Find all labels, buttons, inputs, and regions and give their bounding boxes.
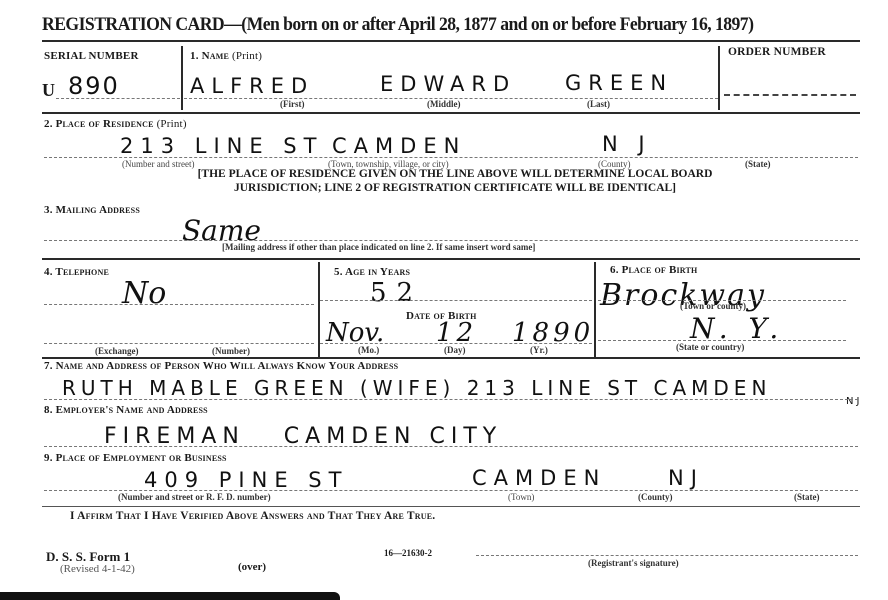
- divider: [718, 46, 720, 110]
- print-code: 16—21630-2: [384, 548, 432, 558]
- employment-street-sublabel: (Number and street or R. F. D. number): [118, 492, 271, 502]
- telephone-label: 4. Telephone: [44, 266, 109, 278]
- first-name-value[interactable]: ALFRED: [190, 74, 314, 98]
- signature-line[interactable]: [476, 555, 858, 556]
- employment-line: [44, 490, 858, 491]
- form-revised: (Revised 4-1-42): [60, 563, 135, 575]
- contact-person-overflow: NJ: [846, 396, 862, 407]
- order-number-line: [724, 94, 856, 96]
- affirmation-text: I Affirm That I Have Verified Above Answ…: [70, 510, 435, 522]
- contact-person-label: 7. Name and Address of Person Who Will A…: [44, 360, 398, 372]
- serial-number-value[interactable]: 890: [68, 72, 120, 100]
- name-label: 1. Name (Print): [190, 50, 262, 62]
- scan-edge-shadow: [0, 592, 340, 600]
- day-sublabel: (Day): [444, 345, 466, 355]
- year-sublabel: (Yr.): [530, 345, 548, 355]
- divider: [42, 112, 860, 114]
- contact-line: [44, 399, 858, 400]
- mailing-note: [Mailing address if other than place ind…: [222, 242, 535, 252]
- employment-state-sublabel: (State): [794, 492, 820, 502]
- month-sublabel: (Mo.): [358, 345, 379, 355]
- telephone-value[interactable]: No: [122, 276, 166, 311]
- divider: [42, 506, 860, 507]
- number-sublabel: (Number): [212, 346, 250, 356]
- telephone-line-2: [44, 343, 314, 344]
- over-note: (over): [238, 561, 266, 573]
- dob-line: [320, 343, 592, 344]
- residence-notice: [THE PLACE OF RESIDENCE GIVEN ON THE LIN…: [60, 167, 850, 195]
- employer-label: 8. Employer's Name and Address: [44, 404, 208, 416]
- residence-line: [44, 157, 858, 158]
- signature-sublabel: (Registrant's signature): [588, 558, 679, 568]
- birthplace-line-2: [598, 340, 846, 341]
- divider: [594, 262, 596, 358]
- telephone-line-1: [44, 304, 314, 305]
- mailing-line: [44, 240, 858, 241]
- order-number-label: ORDER NUMBER: [728, 46, 826, 58]
- divider: [42, 40, 860, 42]
- middle-name-value[interactable]: EDWARD: [380, 72, 516, 96]
- employment-street-value[interactable]: 409 PINE ST: [144, 468, 348, 492]
- divider: [42, 357, 860, 359]
- exchange-sublabel: (Exchange): [95, 346, 139, 356]
- employer-line: [44, 446, 858, 447]
- card-title: REGISTRATION CARD—(Men born on or after …: [42, 14, 753, 36]
- contact-person-value[interactable]: RUTH MABLE GREEN (WIFE) 213 LINE ST CAMD…: [62, 376, 771, 400]
- residence-street-value[interactable]: 213 LINE ST: [120, 134, 323, 158]
- mailing-address-label: 3. Mailing Address: [44, 204, 140, 216]
- middle-sublabel: (Middle): [427, 99, 461, 109]
- birthplace-town-sublabel: (Town or county): [680, 301, 746, 311]
- last-name-value[interactable]: GREEN: [565, 71, 673, 95]
- age-value[interactable]: 52: [370, 278, 423, 308]
- employment-town-sublabel: (Town): [508, 492, 534, 502]
- birthplace-label: 6. Place of Birth: [610, 264, 697, 276]
- last-sublabel: (Last): [587, 99, 610, 109]
- divider: [42, 258, 860, 260]
- residence-label: 2. Place of Residence (Print): [44, 118, 187, 130]
- residence-county-value[interactable]: N J: [602, 132, 652, 156]
- serial-number-label: SERIAL NUMBER: [44, 50, 139, 62]
- first-sublabel: (First): [280, 99, 305, 109]
- employment-county-sublabel: (County): [638, 492, 673, 502]
- residence-town-value[interactable]: CAMDEN: [332, 134, 466, 158]
- employment-town-value[interactable]: CAMDEN: [472, 466, 606, 490]
- serial-prefix: U: [42, 80, 55, 101]
- age-label: 5. Age in Years: [334, 266, 410, 278]
- divider: [181, 46, 183, 110]
- age-line: [320, 300, 592, 301]
- birthplace-state-sublabel: (State or country): [676, 342, 744, 352]
- employment-state-value[interactable]: NJ: [668, 466, 704, 490]
- employment-place-label: 9. Place of Employment or Business: [44, 452, 227, 464]
